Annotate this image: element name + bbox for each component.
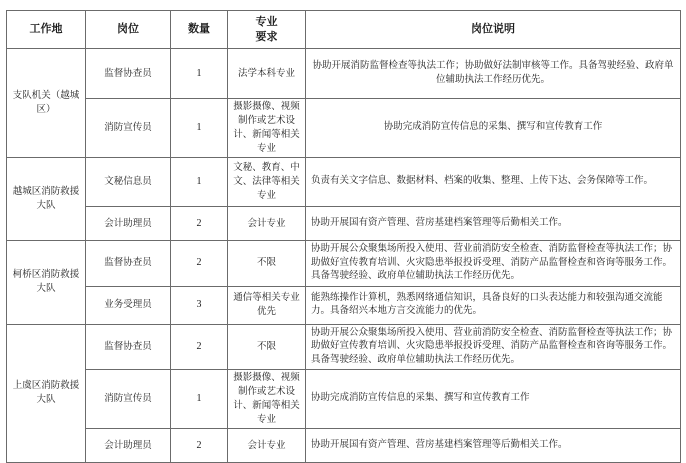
header-row: 工作地岗位数量专业 要求岗位说明 <box>7 11 681 49</box>
work-location-cell: 越城区消防救援大队 <box>7 158 86 241</box>
count-cell: 2 <box>171 324 228 370</box>
table-row: 消防宣传员1摄影摄像、视频制作或艺术设计、新闻等相关专业协助完成消防宣传信息的采… <box>7 99 681 158</box>
requirement-cell: 不限 <box>228 241 306 287</box>
count-cell: 2 <box>171 241 228 287</box>
requirement-cell: 不限 <box>228 324 306 370</box>
description-cell: 协助完成消防宣传信息的采集、撰写和宣传教育工作 <box>306 99 681 158</box>
table-row: 业务受理员3通信等相关专业优先能熟练操作计算机，熟悉网络通信知识，具备良好的口头… <box>7 286 681 324</box>
column-header-position: 岗位 <box>86 11 171 49</box>
count-cell: 2 <box>171 429 228 463</box>
description-cell: 协助开展国有资产管理、营房基建档案管理等后勤相关工作。 <box>306 207 681 241</box>
count-cell: 1 <box>171 158 228 207</box>
position-cell: 监督协查员 <box>86 324 171 370</box>
position-cell: 消防宣传员 <box>86 370 171 429</box>
description-cell: 协助开展公众聚集场所投入使用、营业前消防安全检查、消防监督检查等执法工作；协助做… <box>306 324 681 370</box>
requirement-cell: 文秘、教育、中文、法律等相关专业 <box>228 158 306 207</box>
description-cell: 协助完成消防宣传信息的采集、撰写和宣传教育工作 <box>306 370 681 429</box>
column-header-work-location: 工作地 <box>7 11 86 49</box>
description-cell: 协助开展公众聚集场所投入使用、营业前消防安全检查、消防监督检查等执法工作；协助做… <box>306 241 681 287</box>
requirement-cell: 摄影摄像、视频制作或艺术设计、新闻等相关专业 <box>228 99 306 158</box>
count-cell: 3 <box>171 286 228 324</box>
requirement-cell: 法学本科专业 <box>228 49 306 99</box>
table-row: 上虞区消防救援大队监督协查员2不限协助开展公众聚集场所投入使用、营业前消防安全检… <box>7 324 681 370</box>
work-location-cell: 上虞区消防救援大队 <box>7 324 86 463</box>
table-row: 会计助理员2会计专业协助开展国有资产管理、营房基建档案管理等后勤相关工作。 <box>7 429 681 463</box>
recruitment-table: 工作地岗位数量专业 要求岗位说明 支队机关（越城区）监督协查员1法学本科专业协助… <box>6 10 681 463</box>
count-cell: 1 <box>171 49 228 99</box>
count-cell: 2 <box>171 207 228 241</box>
position-cell: 消防宣传员 <box>86 99 171 158</box>
count-cell: 1 <box>171 370 228 429</box>
table-row: 越城区消防救援大队文秘信息员1文秘、教育、中文、法律等相关专业负责有关文字信息、… <box>7 158 681 207</box>
position-cell: 业务受理员 <box>86 286 171 324</box>
description-cell: 负责有关文字信息、数据材料、档案的收集、整理、上传下达、会务保障等工作。 <box>306 158 681 207</box>
position-cell: 文秘信息员 <box>86 158 171 207</box>
recruitment-table-container: 工作地岗位数量专业 要求岗位说明 支队机关（越城区）监督协查员1法学本科专业协助… <box>6 10 681 463</box>
position-cell: 监督协查员 <box>86 49 171 99</box>
position-cell: 会计助理员 <box>86 429 171 463</box>
requirement-cell: 通信等相关专业优先 <box>228 286 306 324</box>
table-body: 支队机关（越城区）监督协查员1法学本科专业协助开展消防监督检查等执法工作；协助做… <box>7 49 681 463</box>
work-location-cell: 柯桥区消防救援大队 <box>7 241 86 325</box>
work-location-cell: 支队机关（越城区） <box>7 49 86 158</box>
column-header-requirement: 专业 要求 <box>228 11 306 49</box>
table-row: 会计助理员2会计专业协助开展国有资产管理、营房基建档案管理等后勤相关工作。 <box>7 207 681 241</box>
column-header-count: 数量 <box>171 11 228 49</box>
requirement-cell: 会计专业 <box>228 429 306 463</box>
requirement-cell: 会计专业 <box>228 207 306 241</box>
description-cell: 协助开展国有资产管理、营房基建档案管理等后勤相关工作。 <box>306 429 681 463</box>
table-row: 支队机关（越城区）监督协查员1法学本科专业协助开展消防监督检查等执法工作；协助做… <box>7 49 681 99</box>
table-row: 柯桥区消防救援大队监督协查员2不限协助开展公众聚集场所投入使用、营业前消防安全检… <box>7 241 681 287</box>
position-cell: 会计助理员 <box>86 207 171 241</box>
table-row: 消防宣传员1摄影摄像、视频制作或艺术设计、新闻等相关专业协助完成消防宣传信息的采… <box>7 370 681 429</box>
description-cell: 协助开展消防监督检查等执法工作；协助做好法制审核等工作。具备驾驶经验、政府单位辅… <box>306 49 681 99</box>
count-cell: 1 <box>171 99 228 158</box>
position-cell: 监督协查员 <box>86 241 171 287</box>
requirement-cell: 摄影摄像、视频制作或艺术设计、新闻等相关专业 <box>228 370 306 429</box>
column-header-description: 岗位说明 <box>306 11 681 49</box>
description-cell: 能熟练操作计算机，熟悉网络通信知识，具备良好的口头表达能力和较强沟通交流能力。具… <box>306 286 681 324</box>
